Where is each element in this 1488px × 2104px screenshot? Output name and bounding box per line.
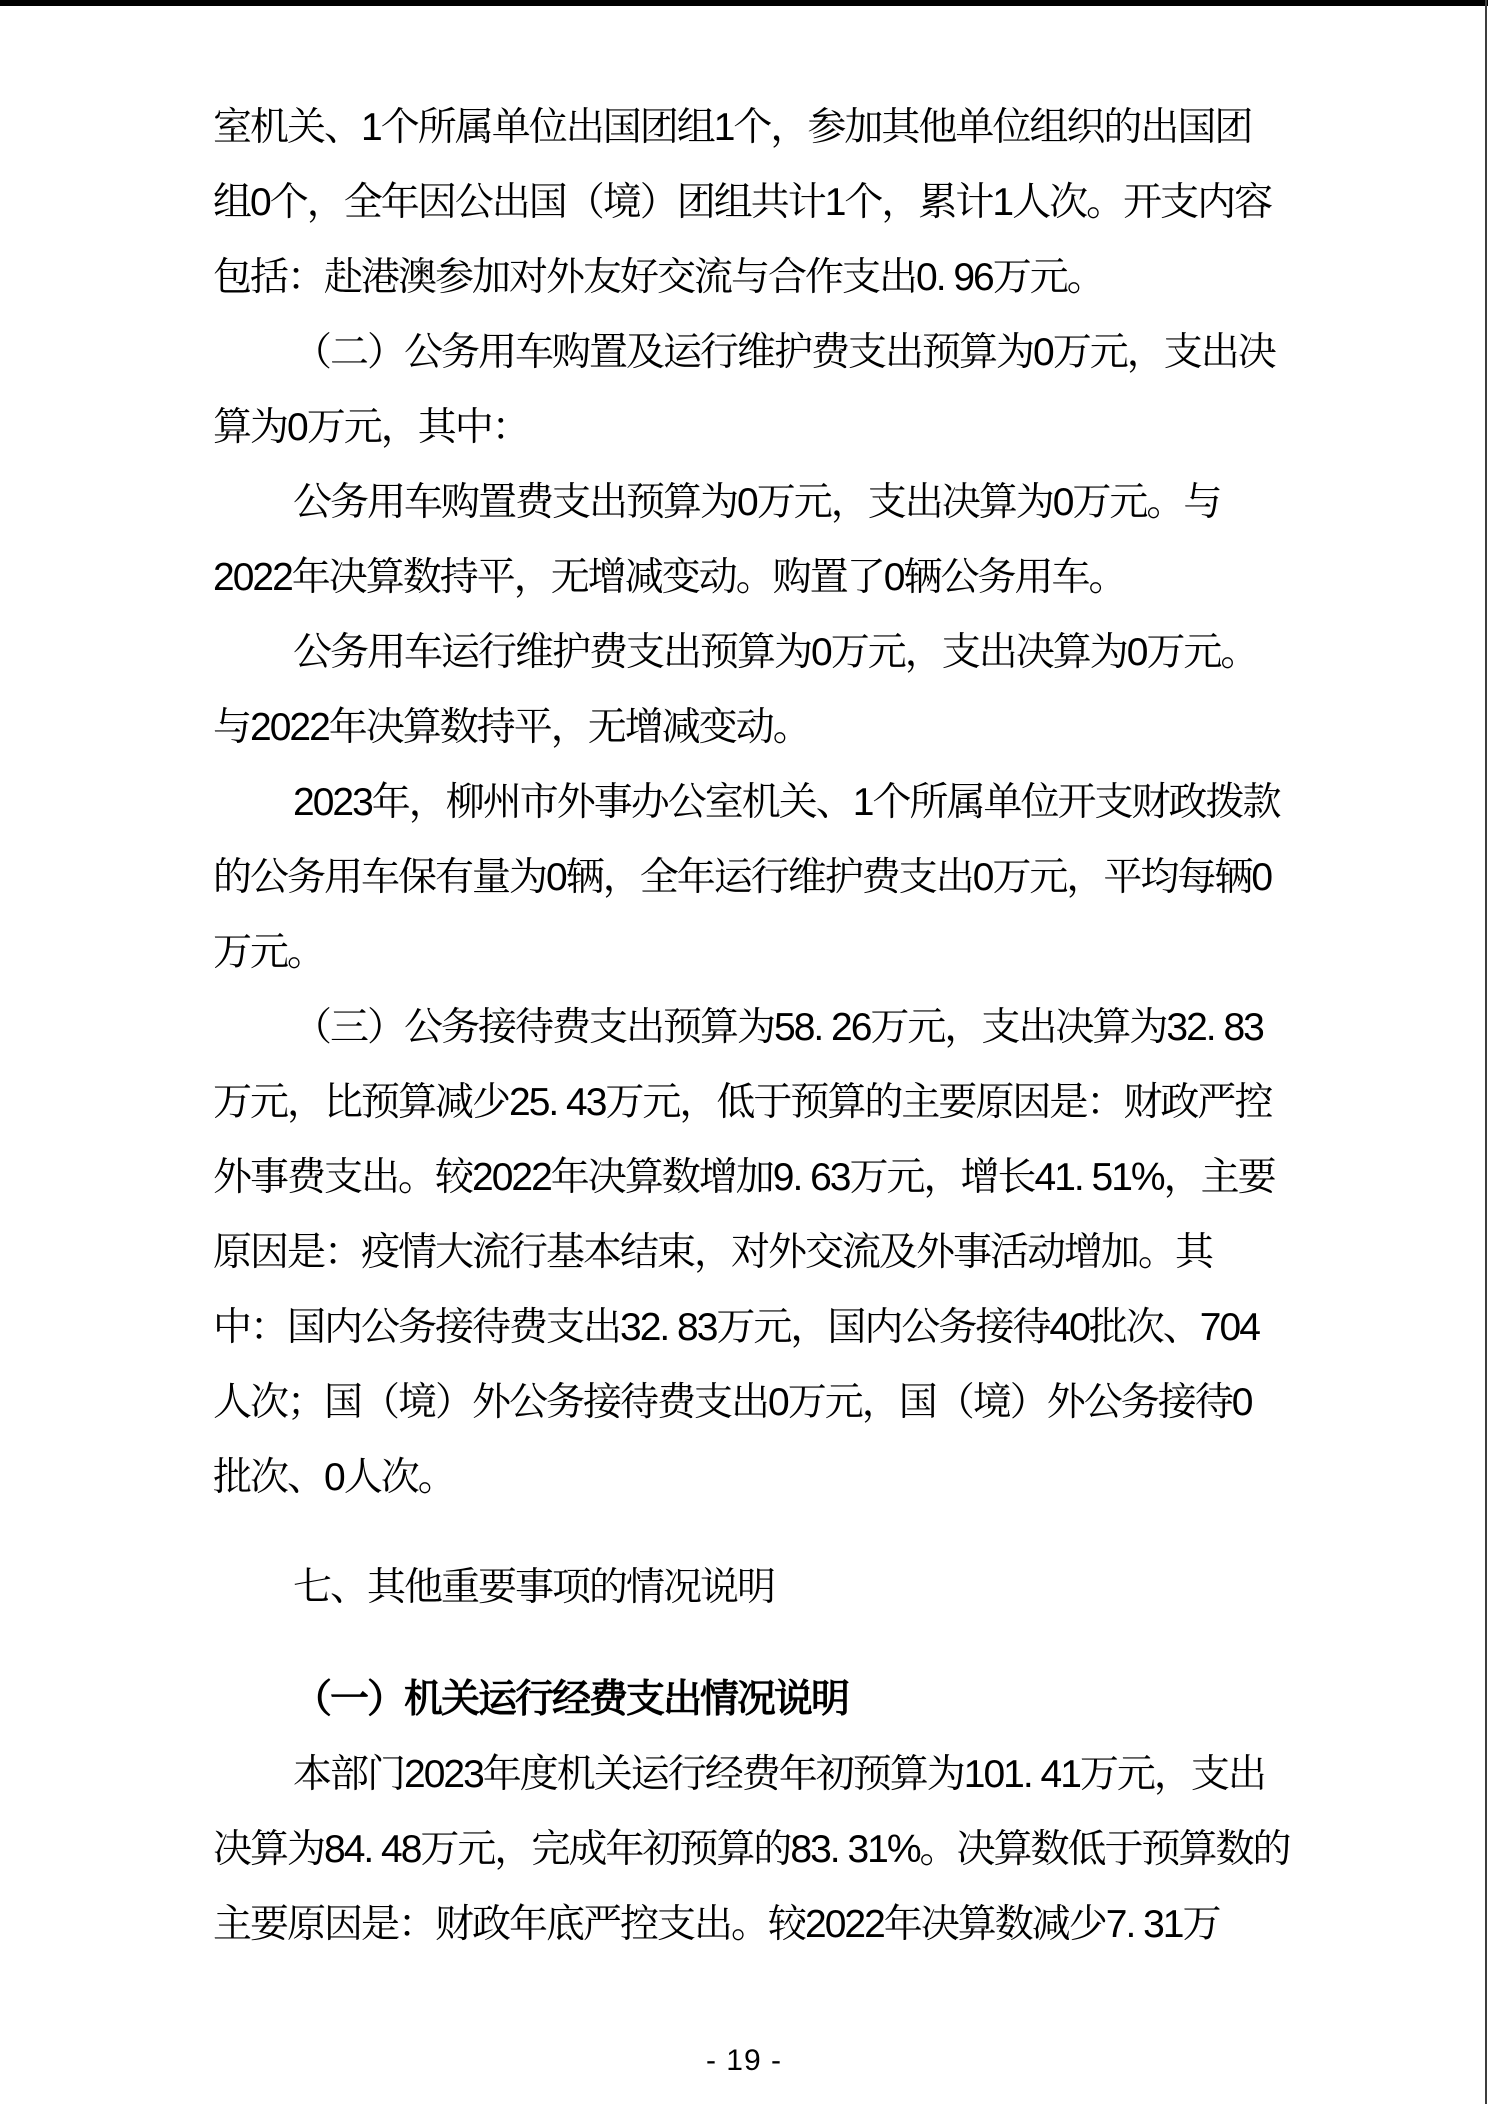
body-text-line: 的公务用车保有量为0辆，全年运行维护费支出0万元，平均每辆0 xyxy=(213,840,1323,915)
body-text-line: 包括：赴港澳参加对外友好交流与合作支出0. 96万元。 xyxy=(213,240,1323,315)
document-body: 室机关、1个所属单位出国团组1个，参加其他单位组织的出国团 组0个，全年因公出国… xyxy=(213,90,1323,1962)
body-text-line: 2022年决算数持平，无增减变动。购置了0辆公务用车。 xyxy=(213,540,1323,615)
body-text-line: （二）公务用车购置及运行维护费支出预算为0万元，支出决 xyxy=(213,315,1323,390)
body-text-line: 万元。 xyxy=(213,915,1323,990)
body-text-line: 批次、0人次。 xyxy=(213,1440,1323,1515)
body-text-line: 算为0万元，其中： xyxy=(213,390,1323,465)
body-text-line: 与2022年决算数持平，无增减变动。 xyxy=(213,690,1323,765)
body-text-line: 中：国内公务接待费支出32. 83万元，国内公务接待40批次、704 xyxy=(213,1290,1323,1365)
body-text-line: 公务用车运行维护费支出预算为0万元，支出决算为0万元。 xyxy=(213,615,1323,690)
body-text-line: 万元，比预算减少25. 43万元，低于预算的主要原因是：财政严控 xyxy=(213,1065,1323,1140)
body-text-line: （三）公务接待费支出预算为58. 26万元，支出决算为32. 83 xyxy=(213,990,1323,1065)
body-text-line: 公务用车购置费支出预算为0万元，支出决算为0万元。与 xyxy=(213,465,1323,540)
section-heading: 七、其他重要事项的情况说明 xyxy=(213,1550,1323,1625)
page-number: - 19 - xyxy=(0,2044,1488,2078)
body-text-line: 人次；国（境）外公务接待费支出0万元，国（境）外公务接待0 xyxy=(213,1365,1323,1440)
body-text-line: 室机关、1个所属单位出国团组1个，参加其他单位组织的出国团 xyxy=(213,90,1323,165)
body-text-line: 本部门2023年度机关运行经费年初预算为101. 41万元，支出 xyxy=(213,1737,1323,1812)
body-text-line: 2023年，柳州市外事办公室机关、1个所属单位开支财政拨款 xyxy=(213,765,1323,840)
scan-right-border xyxy=(1485,0,1487,2104)
subsection-heading: （一）机关运行经费支出情况说明 xyxy=(213,1662,1323,1737)
body-text-line: 主要原因是：财政年底严控支出。较2022年决算数减少7. 31万 xyxy=(213,1887,1323,1962)
scan-top-border xyxy=(0,0,1488,6)
body-text-line: 组0个，全年因公出国（境）团组共计1个，累计1人次。开支内容 xyxy=(213,165,1323,240)
body-text-line: 原因是：疫情大流行基本结束，对外交流及外事活动增加。其 xyxy=(213,1215,1323,1290)
body-text-line: 决算为84. 48万元，完成年初预算的83. 31%。决算数低于预算数的 xyxy=(213,1812,1323,1887)
body-text-line: 外事费支出。较2022年决算数增加9. 63万元，增长41. 51%，主要 xyxy=(213,1140,1323,1215)
